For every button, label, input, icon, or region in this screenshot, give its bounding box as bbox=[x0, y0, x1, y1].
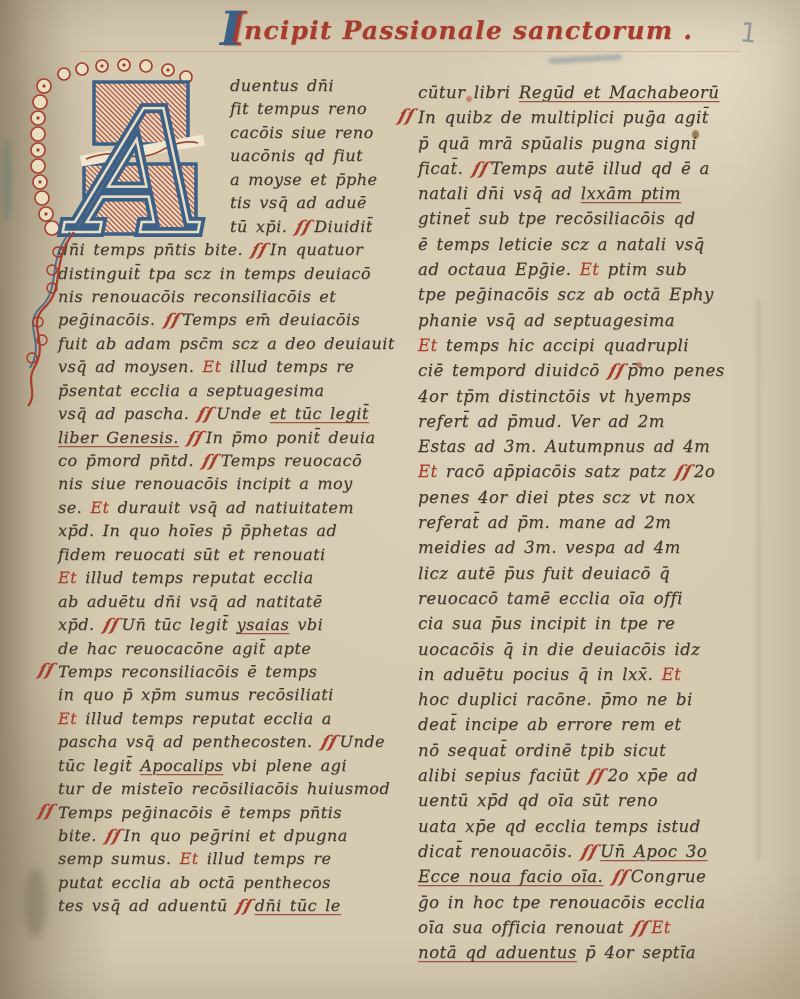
text-segment: penes 4or diei ptes scz vt nox bbox=[418, 488, 696, 507]
text-segment: cūtur libri bbox=[418, 83, 519, 102]
text-segment: ē temps leticie scz a natali vsq̄ bbox=[418, 235, 705, 254]
text-segment: Apocalips bbox=[140, 756, 223, 775]
text-line: fit tempus reno bbox=[58, 97, 406, 120]
text-line: ficat̄. ſſTemps autē illud qd ē a bbox=[418, 156, 768, 181]
title: Incipit Passionale sanctorum . bbox=[220, 10, 693, 50]
text-segment: ab aduētu dn̄i vsq̄ ad natitatē bbox=[58, 592, 323, 611]
text-segment: Congrue bbox=[631, 867, 707, 886]
text-line: semp sumus. Et illud temps re bbox=[58, 847, 406, 870]
text-segment: ficat̄. bbox=[418, 159, 472, 178]
text-segment: co p̄mord pn̄td. bbox=[58, 451, 202, 470]
manuscript-page: Incipit Passionale sanctorum . 1 bbox=[0, 0, 800, 999]
text-segment: alibi sepius faciūt bbox=[418, 766, 588, 785]
text-segment: ḡo in hoc tpe renouacōis ecclia bbox=[418, 893, 706, 912]
text-segment: tes vsq̄ ad aduentū bbox=[58, 896, 236, 915]
text-segment: 2o xp̄e ad bbox=[608, 766, 698, 785]
text-line: liber Genesis. ſſIn p̄mo ponit̄ deuia bbox=[58, 426, 406, 449]
text-segment: duentus dn̄i bbox=[230, 76, 334, 95]
text-segment: fit tempus reno bbox=[230, 99, 367, 118]
ink-smudge bbox=[2, 140, 12, 220]
text-line: fidem reuocati sūt et renouati bbox=[58, 543, 406, 566]
text-segment: nis siue renouacōis incipit a moy bbox=[58, 474, 353, 493]
text-line: in aduētu pocius q̄ in lxx̄. Et bbox=[418, 662, 768, 687]
text-segment: vbi plene agi bbox=[223, 756, 347, 775]
ink-smudge bbox=[548, 54, 622, 64]
paraph-mark: ſſ bbox=[184, 425, 206, 450]
text-segment: Temps em̄ deuiacōis bbox=[182, 310, 360, 329]
text-segment: p̄ 4or septīa bbox=[577, 943, 696, 962]
text-line: ē temps leticie scz a natali vsq̄ bbox=[418, 232, 768, 257]
text-line: tū xp̄i. ſſDiuidit̄ bbox=[58, 215, 406, 238]
text-line: peḡinacōis. ſſTemps em̄ deuiacōis bbox=[58, 308, 406, 331]
text-line: ḡo in hoc tpe renouacōis ecclia bbox=[418, 890, 768, 915]
margin-paraph-mark: ſſ bbox=[35, 657, 57, 682]
text-line: 4or tp̄m distinctōis vt hyemps bbox=[418, 384, 768, 409]
text-segment: reuocacō tamē ecclia oīa offi bbox=[418, 589, 683, 608]
text-line: meidies ad 3m. vespa ad 4m bbox=[418, 535, 768, 560]
text-segment: Et bbox=[418, 336, 438, 355]
text-segment: Temps peḡinacōis ē temps pn̄tis bbox=[58, 803, 342, 822]
text-segment: illud temps reputat ecclia a bbox=[77, 709, 332, 728]
text-segment: tū xp̄i. bbox=[230, 217, 295, 236]
text-line: licz autē p̄us fuit deuiacō q̄ bbox=[418, 561, 768, 586]
text-line: cia sua p̄us incipit in tpe re bbox=[418, 611, 768, 636]
text-line: cacōis siue reno bbox=[58, 121, 406, 144]
text-line: co p̄mord pn̄td. ſſTemps reuocacō bbox=[58, 449, 406, 472]
folio-number: 1 bbox=[738, 17, 759, 50]
text-line: ciē tempord diuidcō ſſp̄mo penes bbox=[418, 358, 768, 383]
paraph-mark: ſſ bbox=[609, 864, 632, 891]
text-segment: Unde bbox=[340, 732, 386, 751]
text-line: cūtur libri Regūd et Machabeorū bbox=[418, 80, 768, 105]
text-line: alibi sepius faciūt ſſ2o xp̄e ad bbox=[418, 763, 768, 788]
text-segment: fuit ab adam psc̄m scz a deo deuiauit bbox=[58, 334, 395, 353]
text-line: dn̄i temps pn̄tis bite. ſſIn quatuor bbox=[58, 238, 406, 261]
text-line: refert̄ ad p̄mud. Ver ad 2m bbox=[418, 409, 768, 434]
text-line: p̄ quā mrā spūalis pugna signi bbox=[418, 131, 768, 156]
text-line: tūc legit̄ Apocalips vbi plene agi bbox=[58, 754, 406, 777]
paraph-mark: ſſ bbox=[100, 612, 122, 637]
text-segment: Unde bbox=[216, 404, 270, 423]
text-line: ad octaua Epḡie. Et ptim sub bbox=[418, 257, 768, 282]
text-segment: nō sequat̄ ordinē tpib sicut bbox=[418, 741, 666, 760]
text-line: uata xp̄e qd ecclia temps istud bbox=[418, 814, 768, 839]
text-segment: p̄mo penes bbox=[627, 361, 725, 380]
text-line: xp̄d. In quo hoīes p̄ p̄phetas ad bbox=[58, 519, 406, 542]
text-segment: ysaias bbox=[237, 615, 290, 634]
text-line: phanie vsq̄ ad septuagesima bbox=[418, 308, 768, 333]
text-line: fuit ab adam psc̄m scz a deo deuiauit bbox=[58, 332, 406, 355]
text-segment: Regūd et Machabeorū bbox=[519, 83, 720, 102]
paraph-mark: ſſ bbox=[586, 762, 609, 789]
text-segment: p̄ quā mrā spūalis pugna signi bbox=[418, 134, 697, 153]
text-segment: in quo p̄ xp̄m sumus recōsiliati bbox=[58, 685, 334, 704]
paraph-mark: ſſ bbox=[195, 402, 217, 427]
text-segment: oīa sua officia renouat bbox=[418, 918, 632, 937]
text-line: uentū xp̄d qd oīa sūt reno bbox=[418, 788, 768, 813]
text-line: tis vsq̄ ad aduē bbox=[58, 191, 406, 214]
paraph-mark: ſſ bbox=[249, 237, 271, 262]
text-segment: fidem reuocati sūt et renouati bbox=[58, 545, 326, 564]
title-text: ncipit Passionale sanctorum . bbox=[244, 16, 693, 45]
text-line: a moyse et p̄phe bbox=[58, 168, 406, 191]
text-line: notā qd aduentus p̄ 4or septīa bbox=[418, 940, 768, 965]
text-segment: durauit vsq̄ ad natiuitatem bbox=[109, 498, 354, 517]
text-line: Et temps hic accipi quadrupli bbox=[418, 333, 768, 358]
text-segment: refert̄ ad p̄mud. Ver ad 2m bbox=[418, 412, 665, 431]
text-line: uacōnis qd fiut bbox=[58, 144, 406, 167]
text-segment: illud temps re bbox=[222, 357, 355, 376]
text-segment: temps hic accipi quadrupli bbox=[438, 336, 689, 355]
paraph-mark: ſſ bbox=[293, 214, 315, 239]
text-line: bite. ſſIn quo peḡrini et dpugna bbox=[58, 824, 406, 847]
text-segment: In quo peḡrini et dpugna bbox=[124, 826, 348, 845]
text-segment: illud temps re bbox=[199, 849, 332, 868]
text-segment: tūc legit̄ bbox=[58, 756, 140, 775]
text-segment: Temps autē illud qd ē a bbox=[491, 159, 710, 178]
text-segment: Et bbox=[58, 568, 77, 587]
text-line: putat ecclia ab octā penthecos bbox=[58, 871, 406, 894]
text-line: reuocacō tamē ecclia oīa offi bbox=[418, 586, 768, 611]
text-segment: hoc duplici racōne. p̄mo ne bi bbox=[418, 690, 693, 709]
text-line: se. Et durauit vsq̄ ad natiuitatem bbox=[58, 496, 406, 519]
text-segment: 2o bbox=[694, 462, 715, 481]
text-segment: Estas ad 3m. Autumpnus ad 4m bbox=[418, 437, 710, 456]
text-line: ſſTemps peḡinacōis ē temps pn̄tis bbox=[58, 801, 406, 824]
text-line: vsq̄ ad pascha. ſſUnde et tūc legit̄ bbox=[58, 402, 406, 425]
paraph-mark: ſſ bbox=[200, 448, 222, 473]
text-segment: xp̄d. In quo hoīes p̄ p̄phetas ad bbox=[58, 521, 337, 540]
text-segment: uocacōis q̄ in die deuiacōis idz bbox=[418, 640, 700, 659]
text-segment: semp sumus. bbox=[58, 849, 180, 868]
text-segment: Et bbox=[662, 665, 682, 684]
text-segment: ad octaua Epḡie. bbox=[418, 260, 580, 279]
text-segment: tur de misteīo recōsiliacōis huiusmod bbox=[58, 779, 390, 798]
text-segment: tis vsq̄ ad aduē bbox=[230, 193, 367, 212]
text-segment: lxxām ptim bbox=[581, 184, 681, 203]
text-line: in quo p̄ xp̄m sumus recōsiliati bbox=[58, 683, 406, 706]
text-line: Ecce noua facio oīa. ſſCongrue bbox=[418, 864, 768, 889]
text-line: p̄sentat ecclia a septuagesima bbox=[58, 379, 406, 402]
text-segment: racō ap̄piacōis satz patz bbox=[438, 462, 675, 481]
text-line: Et illud temps reputat ecclia a bbox=[58, 707, 406, 730]
text-line: de hac reuocacōne agit̄ apte bbox=[58, 637, 406, 660]
text-segment: In quibz de multiplici puḡa agit̄ bbox=[418, 108, 709, 127]
paraph-mark: ſſ bbox=[102, 823, 124, 848]
text-line: pascha vsq̄ ad penthecosten. ſſUnde bbox=[58, 730, 406, 753]
text-line: uocacōis q̄ in die deuiacōis idz bbox=[418, 637, 768, 662]
text-line: nis renouacōis reconsiliacōis et bbox=[58, 285, 406, 308]
text-segment: deat̄ incipe ab errore rem et bbox=[418, 715, 682, 734]
text-line: duentus dn̄i bbox=[58, 74, 406, 97]
text-line: penes 4or diei ptes scz vt nox bbox=[418, 485, 768, 510]
paraph-mark: ſſ bbox=[605, 358, 628, 385]
text-segment: distinguit̄ tpa scz in temps deuiacō bbox=[58, 264, 371, 283]
text-segment: cia sua p̄us incipit in tpe re bbox=[418, 614, 675, 633]
text-segment: Et bbox=[180, 849, 199, 868]
text-line: nō sequat̄ ordinē tpib sicut bbox=[418, 738, 768, 763]
text-segment: cacōis siue reno bbox=[230, 123, 374, 142]
text-segment: uacōnis qd fiut bbox=[230, 146, 363, 165]
stain bbox=[24, 868, 46, 938]
text-segment: uentū xp̄d qd oīa sūt reno bbox=[418, 791, 658, 810]
text-segment: Ecce noua facio oīa. bbox=[418, 867, 603, 886]
text-segment: Temps reconsiliacōis ē temps bbox=[58, 662, 317, 681]
text-segment: putat ecclia ab octā penthecos bbox=[58, 873, 331, 892]
text-segment: et tūc legit̄ bbox=[270, 404, 369, 423]
text-segment: Et bbox=[418, 462, 438, 481]
text-segment: Et bbox=[202, 357, 221, 376]
text-segment: illud temps reputat ecclia bbox=[77, 568, 314, 587]
left-column: A A duentus dn̄ifit tempus renocacōis si… bbox=[58, 74, 406, 918]
text-segment: ptim sub bbox=[599, 260, 687, 279]
text-segment: gtinet̄ sub tpe recōsiliacōis qd bbox=[418, 209, 696, 228]
text-line: xp̄d. ſſUn̄ tūc legit̄ ysaias vbi bbox=[58, 613, 406, 636]
text-segment: in aduētu pocius q̄ in lxx̄. bbox=[418, 665, 662, 684]
text-segment: pascha vsq̄ ad penthecosten. bbox=[58, 732, 321, 751]
text-segment: xp̄d. bbox=[58, 615, 103, 634]
text-line: natali dn̄i vsq̄ ad lxxām ptim bbox=[418, 181, 768, 206]
paraph-mark: ſſ bbox=[318, 730, 340, 755]
paraph-mark: ſſ bbox=[469, 155, 492, 182]
margin-paraph-mark: ſſ bbox=[35, 798, 57, 823]
text-segment: licz autē p̄us fuit deuiacō q̄ bbox=[418, 564, 670, 583]
text-segment: dicat̄ renouacōis. bbox=[418, 842, 581, 861]
text-line: tur de misteīo recōsiliacōis huiusmod bbox=[58, 777, 406, 800]
text-segment: natali dn̄i vsq̄ ad bbox=[418, 184, 581, 203]
text-line: ab aduētu dn̄i vsq̄ ad natitatē bbox=[58, 590, 406, 613]
text-segment: dn̄i tūc le bbox=[255, 896, 341, 915]
text-line: ſſIn quibz de multiplici puḡa agit̄ bbox=[418, 105, 768, 130]
text-segment: Et bbox=[90, 498, 109, 517]
text-segment: p̄sentat ecclia a septuagesima bbox=[58, 381, 325, 400]
paraph-mark: ſſ bbox=[672, 459, 695, 486]
text-segment: phanie vsq̄ ad septuagesima bbox=[418, 311, 675, 330]
text-segment: Et bbox=[580, 260, 600, 279]
text-segment: In quatuor bbox=[270, 240, 363, 259]
text-line: tpe peḡinacōis scz ab octā Ephy bbox=[418, 282, 768, 307]
paraph-mark: ſſ bbox=[629, 914, 652, 941]
text-line: oīa sua officia renouat ſſEt bbox=[418, 915, 768, 940]
text-segment: bite. bbox=[58, 826, 105, 845]
text-segment: Et bbox=[58, 709, 77, 728]
paraph-mark: ſſ bbox=[161, 308, 183, 333]
text-line: nis siue renouacōis incipit a moy bbox=[58, 472, 406, 495]
text-segment: nis renouacōis reconsiliacōis et bbox=[58, 287, 336, 306]
title-initial-letter: I bbox=[220, 10, 242, 50]
text-line: ſſTemps reconsiliacōis ē temps bbox=[58, 660, 406, 683]
text-line: tes vsq̄ ad aduentū ſſdn̄i tūc le bbox=[58, 894, 406, 917]
text-line: Et illud temps reputat ecclia bbox=[58, 566, 406, 589]
text-segment: ciē tempord diuidcō bbox=[418, 361, 608, 380]
penwork-tail bbox=[18, 230, 88, 410]
text-segment: Temps reuocacō bbox=[221, 451, 362, 470]
paraph-mark: ſſ bbox=[233, 894, 255, 919]
text-segment: tpe peḡinacōis scz ab octā Ephy bbox=[418, 285, 714, 304]
text-segment: meidies ad 3m. vespa ad 4m bbox=[418, 538, 681, 557]
text-segment: 4or tp̄m distinctōis vt hyemps bbox=[418, 387, 691, 406]
text-line: Et racō ap̄piacōis satz patz ſſ2o bbox=[418, 459, 768, 484]
text-segment: de hac reuocacōne agit̄ apte bbox=[58, 639, 311, 658]
right-column: cūtur libri Regūd et MachabeorūſſIn quib… bbox=[418, 80, 768, 965]
text-segment: vbi bbox=[289, 615, 323, 634]
text-line: dicat̄ renouacōis. ſſUn̄ Apoc 3o bbox=[418, 839, 768, 864]
text-segment: Un̄ tūc legit̄ bbox=[121, 615, 236, 634]
text-line: hoc duplici racōne. p̄mo ne bi bbox=[418, 687, 768, 712]
text-segment: liber Genesis. bbox=[58, 428, 179, 447]
text-segment: Et bbox=[651, 918, 671, 937]
text-line: Estas ad 3m. Autumpnus ad 4m bbox=[418, 434, 768, 459]
text-segment: uata xp̄e qd ecclia temps istud bbox=[418, 817, 701, 836]
text-line: referat̄ ad p̄m. mane ad 2m bbox=[418, 510, 768, 535]
text-segment: In p̄mo ponit̄ deuia bbox=[206, 428, 376, 447]
paraph-mark: ſſ bbox=[578, 838, 601, 865]
text-segment: a moyse et p̄phe bbox=[230, 170, 377, 189]
text-segment: Un̄ Apoc 3o bbox=[600, 842, 707, 861]
text-segment: Diuidit̄ bbox=[314, 217, 373, 236]
text-line: vsq̄ ad moysen. Et illud temps re bbox=[58, 355, 406, 378]
text-line: deat̄ incipe ab errore rem et bbox=[418, 712, 768, 737]
text-line: distinguit̄ tpa scz in temps deuiacō bbox=[58, 262, 406, 285]
text-segment: referat̄ ad p̄m. mane ad 2m bbox=[418, 513, 671, 532]
text-segment: notā qd aduentus bbox=[418, 943, 577, 962]
text-line: gtinet̄ sub tpe recōsiliacōis qd bbox=[418, 206, 768, 231]
text-segment: se. bbox=[58, 498, 90, 517]
ruling-line bbox=[80, 51, 740, 52]
